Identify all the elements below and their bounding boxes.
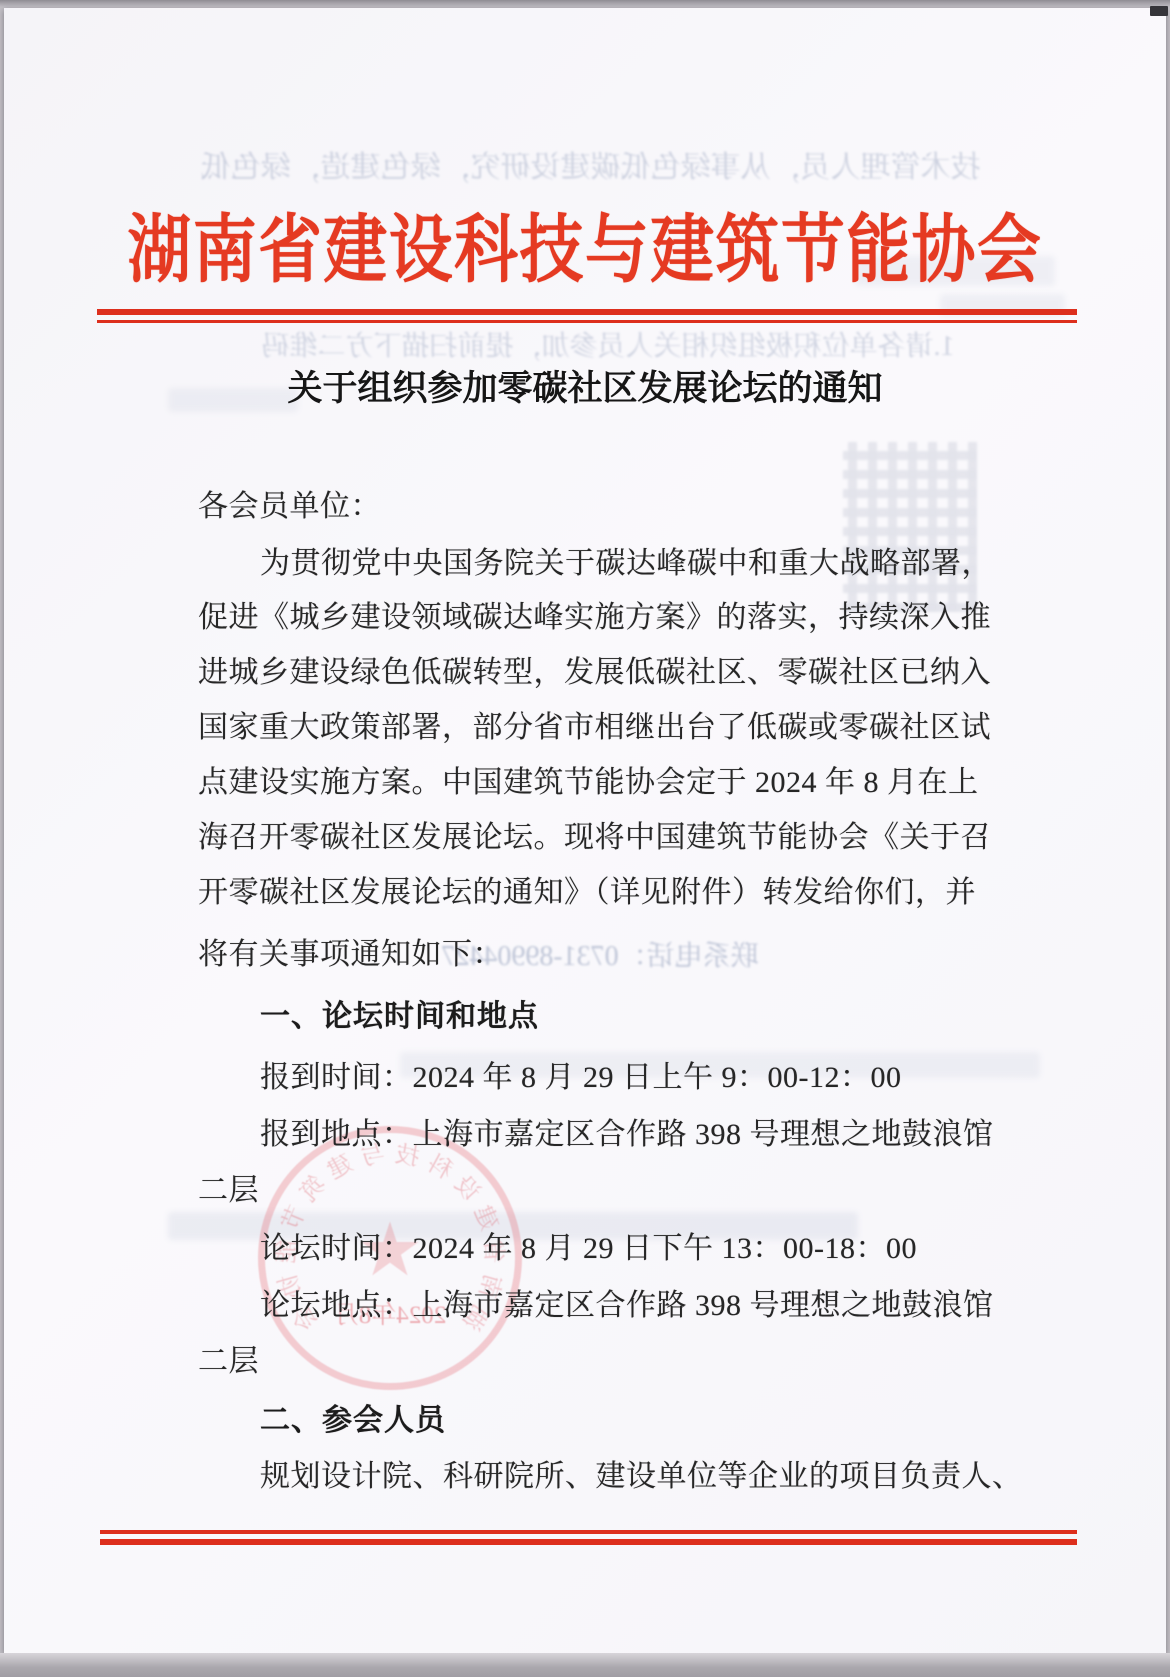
letterhead-rule-thick [97,309,1077,315]
body-line: 点建设实施方案。中国建筑节能协会定于 2024 年 8 月在上 [198,764,979,801]
body-line: 国家重大政策部署，部分省市相继出台了低碳或零碳社区试 [198,709,991,746]
letterhead-org-name: 湖南省建设科技与建筑节能协会 [0,214,1170,288]
body-line: 论坛地点：上海市嘉定区合作路 398 号理想之地鼓浪馆 [260,1287,994,1324]
body-line: 二层 [198,1343,259,1380]
scanner-background [0,1653,1170,1677]
body-line: 论坛时间：2024 年 8 月 29 日下午 13：00-18：00 [260,1230,917,1267]
body-line: 开零碳社区发展论坛的通知》（详见附件）转发给你们，并 [198,874,976,911]
body-line: 促进《城乡建设领域碳达峰实施方案》的落实，持续深入推 [198,599,991,636]
scan-edge-artifact [1150,6,1168,16]
section-1-heading: 一、论坛时间和地点 [260,998,539,1035]
body-line: 二层 [198,1172,259,1209]
body-line: 规划设计院、科研院所、建设单位等企业的项目负责人、 [260,1458,1023,1495]
qr-code-bleedthrough-icon [843,442,977,612]
letterhead-rule-thin [97,320,1077,323]
footer-rule-thin [100,1530,1077,1534]
document-title: 关于组织参加零碳社区发展论坛的通知 [0,369,1170,409]
body-line: 将有关事项通知如下： [198,936,503,973]
scanned-notice-page: 技术管理人员，从事绿色低碳建设研究，绿色建造，绿色低 1.请各单位积极组织相关人… [0,0,1170,1677]
bleedthrough-text-line: 技术管理人员，从事绿色低碳建设研究，绿色建造，绿色低 [168,150,1013,186]
body-line: 报到时间：2024 年 8 月 29 日上午 9：00-12：00 [260,1059,902,1096]
salutation: 各会员单位： [198,488,381,525]
footer-rule-thick [100,1539,1077,1545]
body-line: 进城乡建设绿色低碳转型，发展低碳社区、零碳社区已纳入 [198,654,991,691]
body-line: 报到地点：上海市嘉定区合作路 398 号理想之地鼓浪馆 [260,1116,994,1153]
body-line: 海召开零碳社区发展论坛。现将中国建筑节能协会《关于召 [198,819,991,856]
body-line: 为贯彻党中央国务院关于碳达峰碳中和重大战略部署， [260,545,992,582]
section-2-heading: 二、参会人员 [260,1402,446,1439]
bleedthrough-text-line: 1.请各单位积极组织相关人员参加，提前扫描下方二维码 [168,330,1048,364]
